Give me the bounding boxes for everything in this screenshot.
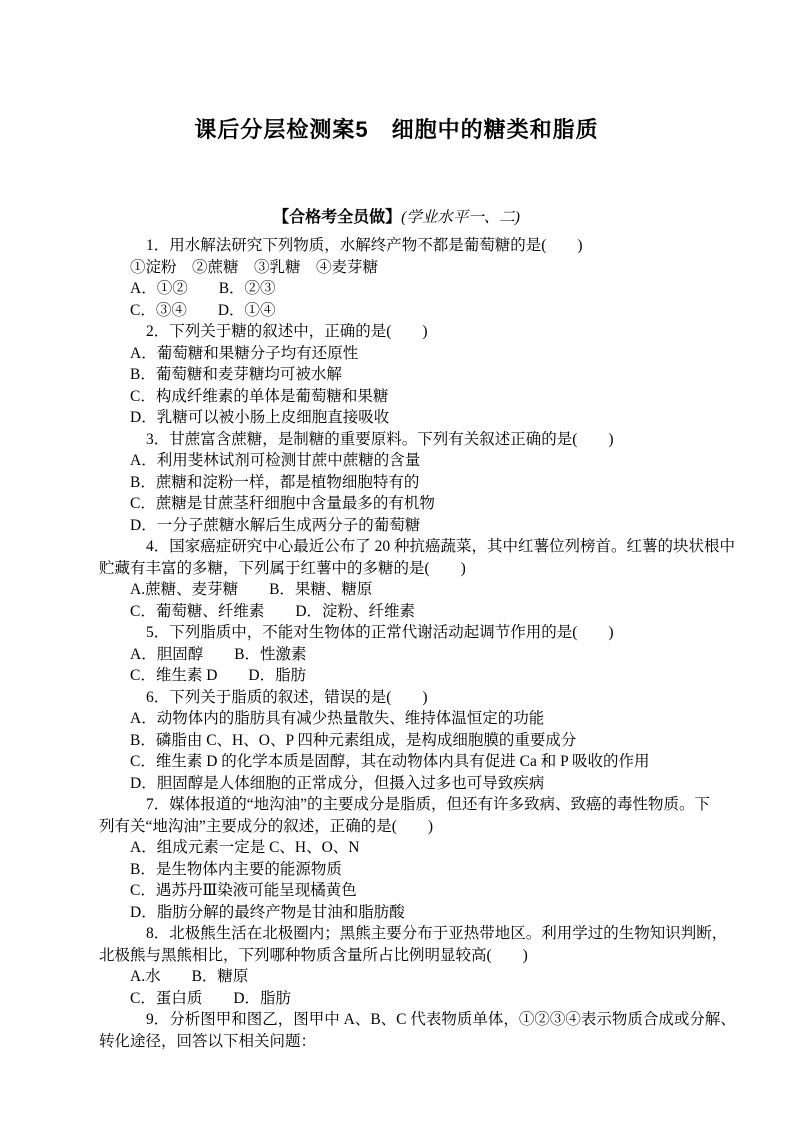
option-line: A．组成元素一定是 C、H、O、N xyxy=(99,837,713,859)
question-line: 8．北极熊生活在北极圈内；黑熊主要分布于亚热带地区。利用学过的生物知识判断， xyxy=(99,923,713,945)
option-line: A．动物体内的脂肪具有减少热量散失、维持体温恒定的功能 xyxy=(99,708,713,730)
option-line: C．构成纤维素的单体是葡萄糖和果糖 xyxy=(99,386,713,408)
option-line: D．乳糖可以被小肠上皮细胞直接吸收 xyxy=(99,407,713,429)
question-line: 1．用水解法研究下列物质，水解终产物不都是葡萄糖的是( ) xyxy=(99,235,713,257)
question-line: 6．下列关于脂质的叙述，错误的是( ) xyxy=(99,687,713,709)
option-line: A．胆固醇 B．性激素 xyxy=(99,644,713,666)
option-line: B．磷脂由 C、H、O、P 四种元素组成，是构成细胞膜的重要成分 xyxy=(99,730,713,752)
continuation-line: 北极熊与黑熊相比，下列哪种物质含量所占比例明显较高( ) xyxy=(99,945,713,967)
option-line: C．蛋白质 D．脂肪 xyxy=(99,988,713,1010)
option-line: A.水 B．糖原 xyxy=(99,966,713,988)
option-line: A．①② B．②③ xyxy=(99,278,713,300)
option-line: A．葡萄糖和果糖分子均有还原性 xyxy=(99,343,713,365)
option-line: D．一分子蔗糖水解后生成两分子的葡萄糖 xyxy=(99,515,713,537)
question-line: 2．下列关于糖的叙述中，正确的是( ) xyxy=(99,321,713,343)
option-line: C．葡萄糖、纤维素 D．淀粉、纤维素 xyxy=(99,601,713,623)
document-body: 1．用水解法研究下列物质，水解终产物不都是葡萄糖的是( )①淀粉 ②蔗糖 ③乳糖… xyxy=(0,235,793,1052)
question-line: 3．甘蔗富含蔗糖，是制糖的重要原料。下列有关叙述正确的是( ) xyxy=(99,429,713,451)
section-header-title: 【合格考全员做】 xyxy=(273,209,401,226)
question-line: 4．国家癌症研究中心最近公布了 20 种抗癌蔬菜，其中红薯位列榜首。红薯的块状根… xyxy=(99,536,713,558)
option-line: ①淀粉 ②蔗糖 ③乳糖 ④麦芽糖 xyxy=(99,257,713,279)
option-line: C．维生素 D 的化学本质是固醇，其在动物体内具有促进 Ca 和 P 吸收的作用 xyxy=(99,751,713,773)
question-line: 5．下列脂质中，不能对生物体的正常代谢活动起调节作用的是( ) xyxy=(99,622,713,644)
document-page: 课后分层检测案5 细胞中的糖类和脂质 【合格考全员做】(学业水平一、二) 1．用… xyxy=(0,0,793,1122)
page-title: 课后分层检测案5 细胞中的糖类和脂质 xyxy=(0,0,793,144)
option-line: D．胆固醇是人体细胞的正常成分，但摄入过多也可导致疾病 xyxy=(99,773,713,795)
option-line: B．是生物体内主要的能源物质 xyxy=(99,859,713,881)
section-header: 【合格考全员做】(学业水平一、二) xyxy=(0,207,793,229)
question-line: 7．媒体报道的“地沟油”的主要成分是脂质，但还有许多致病、致癌的毒性物质。下 xyxy=(99,794,713,816)
option-line: B．蔗糖和淀粉一样，都是植物细胞特有的 xyxy=(99,472,713,494)
option-line: D．脂肪分解的最终产物是甘油和脂肪酸 xyxy=(99,902,713,924)
continuation-line: 转化途径，回答以下相关问题： xyxy=(99,1031,713,1053)
option-line: A.蔗糖、麦芽糖 B．果糖、糖原 xyxy=(99,579,713,601)
continuation-line: 列有关“地沟油”主要成分的叙述，正确的是( ) xyxy=(99,816,713,838)
question-line: 9．分析图甲和图乙，图甲中 A、B、C 代表物质单体，①②③④表示物质合成或分解… xyxy=(99,1009,713,1031)
continuation-line: 贮藏有丰富的多糖，下列属于红薯中的多糖的是( ) xyxy=(99,558,713,580)
option-line: A．利用斐林试剂可检测甘蔗中蔗糖的含量 xyxy=(99,450,713,472)
option-line: B．葡萄糖和麦芽糖均可被水解 xyxy=(99,364,713,386)
option-line: C．蔗糖是甘蔗茎秆细胞中含量最多的有机物 xyxy=(99,493,713,515)
option-line: C．维生素 D D．脂肪 xyxy=(99,665,713,687)
option-line: C．③④ D．①④ xyxy=(99,300,713,322)
option-line: C．遇苏丹Ⅲ染液可能呈现橘黄色 xyxy=(99,880,713,902)
section-header-note: (学业水平一、二) xyxy=(401,209,520,226)
